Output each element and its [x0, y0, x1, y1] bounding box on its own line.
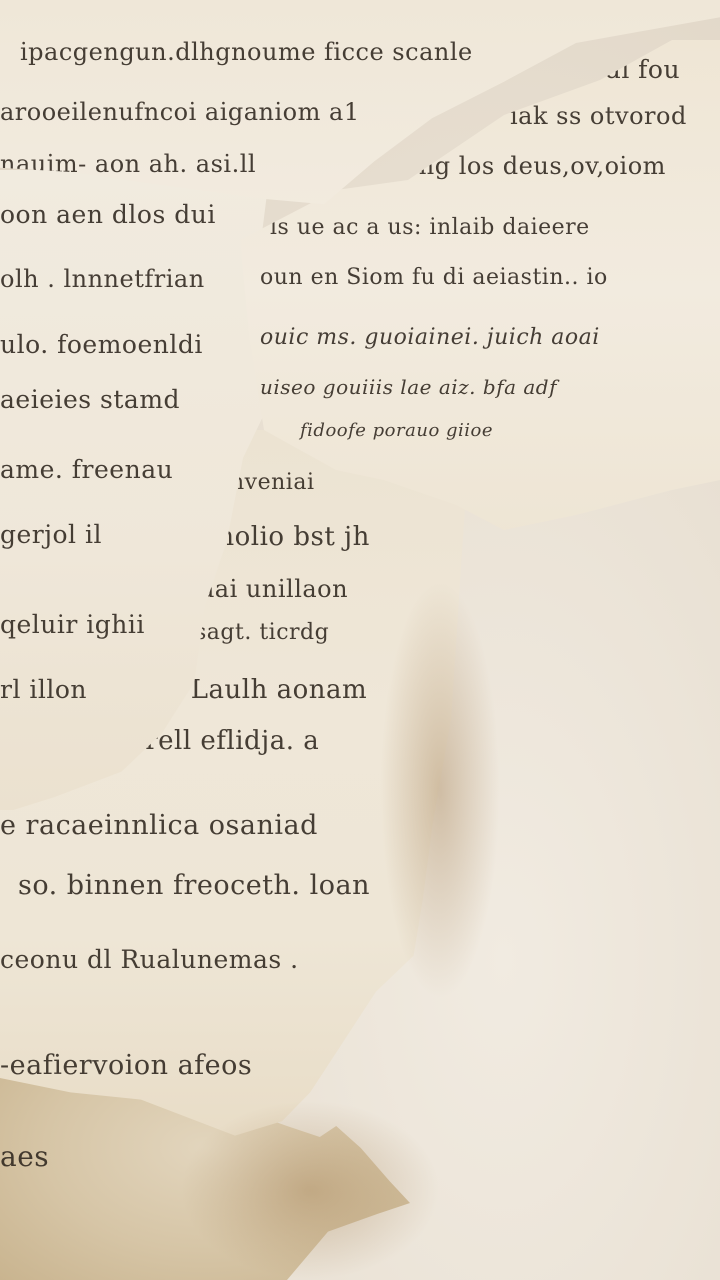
text-line: aeieies stamd	[0, 385, 180, 414]
text-line: ipacgengun.dlhgnoume ficce scanle	[20, 38, 473, 66]
text-line: qeluir ighii	[0, 610, 145, 639]
text-line: oon aen dlos dui	[0, 200, 216, 229]
text-line: -eafiervoion afeos	[0, 1050, 252, 1081]
text-line: aai unillaon	[200, 575, 348, 603]
text-line: arooeilenufncoi aiganiom a1	[0, 98, 360, 126]
text-line: ouic ms. guoiainei. juich aoai	[260, 325, 600, 350]
text-line: ulo. foemoenldi	[0, 330, 203, 359]
text-line: rl illon	[0, 675, 87, 704]
text-line: iak ss otvorod	[510, 102, 687, 130]
text-line: so. binnen freoceth. loan	[18, 870, 370, 901]
text-line: nveniai	[230, 470, 314, 495]
text-line: e racaeinnlica osaniad	[0, 810, 318, 841]
text-line: aes	[0, 1140, 49, 1173]
text-line: uiseo gouiiis lae aiz. bfa adf	[260, 375, 557, 399]
text-line: gerjol il	[0, 520, 102, 549]
text-line: ls ue ac a us: inlaib daieere	[270, 215, 590, 240]
text-line: ame. freenau	[0, 455, 173, 484]
text-line: olh . lnnnetfrian	[0, 265, 205, 293]
text-line: sagt. ticrdg	[195, 620, 329, 645]
text-line: fidoofe porauo giioe	[300, 420, 493, 441]
text-line: oun en Siom fu di aeiastin.. io	[260, 265, 608, 290]
text-line: ceonu dl Rualunemas .	[0, 945, 299, 974]
